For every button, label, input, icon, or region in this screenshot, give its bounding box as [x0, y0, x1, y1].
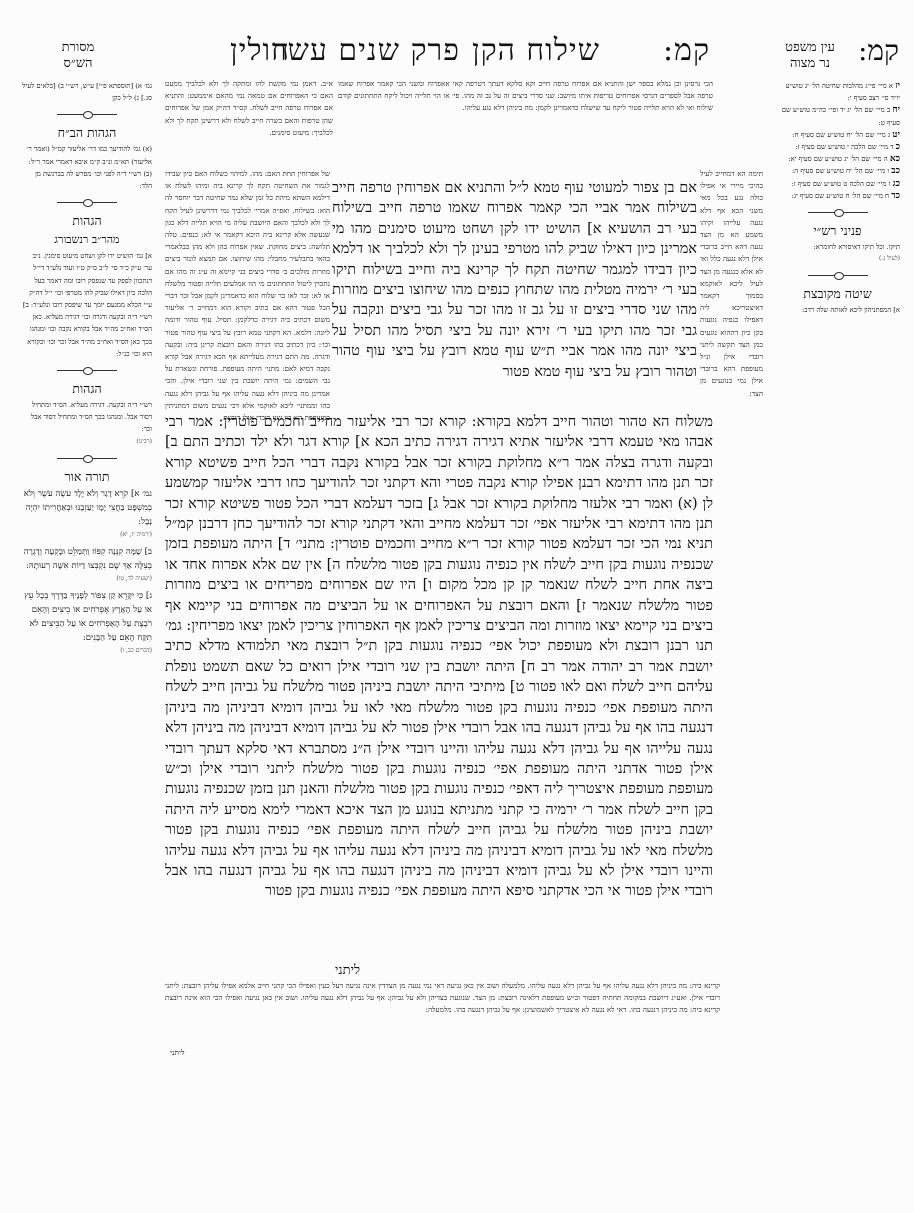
- ein-mishpat-entry: יז א מיי׳ פי״ג מהלכות שחיטה הל׳ יג טוש״ע…: [775, 80, 900, 104]
- hagahot-marav-text: א] גמ׳ הושיט ידו לקן ושחט מיעוט סימנין. …: [22, 250, 152, 360]
- torah-or-title: תורה אור: [22, 468, 152, 485]
- hagahot-marav-title: הגהות: [22, 212, 152, 229]
- hagahot2-source: (רבינו): [22, 436, 152, 448]
- ein-mishpat-entry: כ ד מיי׳ שם הלכה י טוש״ע שם סעיף ז:: [775, 141, 900, 153]
- ein-mishpat-title-line2: נר מצוה: [770, 56, 850, 72]
- hagahot-bach-title: הגהות הב״ח: [22, 124, 152, 141]
- shita-mekubetzet-title: שיטה מקובצת: [775, 285, 900, 302]
- gemara-text-block2: משלוח הא טהור וטהור חייב דלמא בקורא: קור…: [165, 412, 713, 972]
- gemara-text-block1: אם בן צפור למעוטי עוף טמא ל״ל והתניא אם …: [332, 178, 697, 410]
- ein-mishpat-title-line1: עין משפט: [770, 40, 850, 56]
- ein-mishpat-entry: כג ז מיי׳ שם הלכה ט טוש״ע שם סעיף ז:: [775, 178, 900, 190]
- mesoret-title: מסורת הש״ס: [38, 40, 118, 72]
- ein-mishpat-title: עין משפט נר מצוה: [770, 40, 850, 72]
- hagahot2-title: הגהות: [22, 380, 152, 397]
- ornament-divider: [57, 454, 117, 462]
- mesoret-hashas-text: גמ׳ א) [תוספתא פ״י] ע״ש, רש״י ב) [כלאים …: [22, 80, 152, 104]
- pninei-rashi-ref: (לעיל נ.): [775, 253, 900, 265]
- page-header: קמ: שילוח הקן פרק שנים עשר חולין: [150, 34, 710, 68]
- rashi-commentary-side: תימה הא דמחייב לעיל בהיכי מיירי אי אפילו…: [700, 168, 763, 404]
- ein-mishpat-entry: יט ג מיי׳ שם הל׳ יח טוש״ע שם סעיף ח:: [775, 129, 900, 141]
- hagahot-marav-subtitle: מהר״ב רנשבורג: [22, 231, 152, 248]
- ornament-divider: [808, 208, 868, 216]
- ornament-divider: [808, 271, 868, 279]
- torah-or-source: (דברים כב, ו): [22, 645, 152, 657]
- ein-mishpat-entry: כא ה מיי׳ שם הל׳ יג טוש״ע שם סעיף יא:: [775, 153, 900, 165]
- hagahot2-text: רש״י ד״ה ובקעה. דגירה מעליא. הס״ד ומתחיל…: [22, 399, 152, 436]
- side-daf-number: קמ:: [858, 34, 899, 68]
- mesoret-column: גמ׳ א) [תוספתא פ״י] ע״ש, רש״י ב) [כלאים …: [22, 80, 152, 661]
- rashi-commentary-bottom: קרינא ביה: מה ביניהן דלא נגעה עליהו אף ע…: [165, 980, 720, 1046]
- torah-or-verse: ב] שָׁמָּה קִנְּנָה קִפּוֹז וַתְּמַלֵּט …: [22, 545, 152, 573]
- rashi-catchword: ליתני: [170, 1048, 184, 1057]
- mesoret-title-line1: מסורת: [38, 40, 118, 56]
- daf-number: קמ:: [663, 34, 710, 68]
- torah-or-verse: גמ׳ א] קֹרֵא דָגַר וְלֹא יָלָד עֹשֶׂה עֹ…: [22, 487, 152, 529]
- gemara-catchword: ליתני: [335, 962, 360, 978]
- masechet-name: חולין: [230, 34, 290, 68]
- perek-name: שילוח הקן: [472, 34, 600, 68]
- ornament-divider: [57, 366, 117, 374]
- ein-mishpat-column: יז א מיי׳ פי״ג מהלכות שחיטה הל׳ יג טוש״ע…: [775, 80, 900, 317]
- torah-or-source: (ישעיה לד, טו): [22, 573, 152, 585]
- torah-or-verse: ג] כִּי יִקָּרֵא קַן צִפּוֹר לְפָנֶיךָ ב…: [22, 589, 152, 645]
- perek-number: פרק שנים עשר: [272, 34, 460, 68]
- mesoret-title-line2: הש״ס: [38, 56, 118, 72]
- pninei-rashi-text: תיקו. וכל תיקו דאיסורא לחומרא:: [775, 241, 900, 253]
- ein-mishpat-entry: יח ב מיי׳ שם הל׳ יג יד ופי״ כה״מ טוש״ע ש…: [775, 104, 900, 128]
- pninei-rashi-title: פניני רש״י: [775, 222, 900, 239]
- ornament-divider: [57, 110, 117, 118]
- ein-mishpat-entry: כד ח מיי׳ שם הל׳ ח טוש״ע שם סעיף יג:: [775, 190, 900, 202]
- shita-mekubetzet-text: א] המפתניהון ליבא לאותה שלה רדב:: [775, 304, 900, 316]
- ornament-divider: [57, 198, 117, 206]
- hagahot-bach-text: (א) גמ׳ להודיעך כמו דר׳ אליעזר קמ״ל (ואמ…: [22, 143, 152, 192]
- tosafot-commentary-top: א״ב. דאמן נמי מקשת להו ומתקה לך ולא לכלב…: [165, 78, 333, 166]
- torah-or-source: (ירמיה יז, יא): [22, 529, 152, 541]
- ein-mishpat-entry: כב ו מיי׳ שם הל׳ יח טוש״ע שם סעיף ה:: [775, 165, 900, 177]
- rashi-commentary-top: הכי גרסינן וכן נמלא בספר ישן והתניא אם א…: [338, 78, 713, 166]
